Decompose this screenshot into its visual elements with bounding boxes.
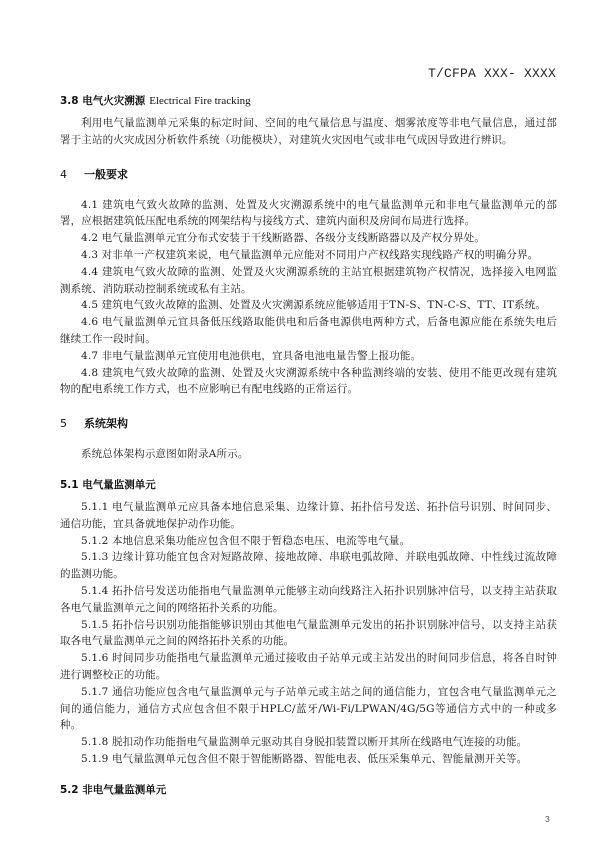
heading-title: 非电气量监测单元 (82, 784, 166, 796)
clause-5-1-2: 5.1.2 本地信息采集功能应包含但不限于暂稳态电压、电流等电气量。 (60, 533, 557, 550)
clause-4-1: 4.1 建筑电气致火故障的监测、处置及火灾溯源系统中的电气量监测单元和非电气量监… (60, 197, 557, 231)
clause-5-1-5: 5.1.5 拓扑信号识别功能指能够识别由其他电气量监测单元发出的拓扑识别脉冲信号… (60, 617, 557, 651)
heading-number: 4 (60, 167, 84, 183)
heading-title-en: Electrical Fire tracking (149, 95, 250, 107)
heading-title: 一般要求 (84, 168, 128, 181)
clause-5-1-8: 5.1.8 脱扣动作功能指电气量监测单元驱动其自身脱扣装置以断开其所在线路电气连… (60, 734, 557, 751)
document-page: T/CFPA XXX- XXXX 3.8 电气火灾溯源Electrical Fi… (0, 0, 614, 854)
document-code: T/CFPA XXX- XXXX (428, 66, 556, 81)
heading-number: 5.2 (60, 784, 79, 796)
clause-5-1-6: 5.1.6 时间同步功能指电气量监测单元通过接收由子站单元或主站发出的时间同步信… (60, 650, 557, 684)
heading-5: 5系统架构 (60, 416, 557, 432)
heading-number: 3.8 (60, 95, 79, 107)
clause-5-1-4: 5.1.4 拓扑信号发送功能指电气量监测单元能够主动向线路注入拓扑识别脉冲信号，… (60, 583, 557, 617)
clause-4-8: 4.8 建筑电气致火故障的监测、处置及火灾溯源系统中各种监测终端的安装、使用不能… (60, 365, 557, 399)
heading-number: 5.1 (60, 479, 79, 491)
heading-5-1: 5.1 电气量监测单元 (60, 477, 557, 493)
clause-5-1-9: 5.1.9 电气量监测单元包含但不限于智能断路器、智能电表、低压采集单元、智能量… (60, 751, 557, 768)
heading-5-2: 5.2 非电气量监测单元 (60, 782, 557, 798)
paragraph-3-8: 利用电气量监测单元采集的标定时间、空间的电气量信息与温度、烟雾浓度等非电气量信息… (60, 115, 557, 149)
heading-title: 系统架构 (84, 417, 128, 430)
clause-4-4: 4.4 建筑电气致火故障的监测、处置及火灾溯源系统的主站宜根据建筑物产权情况，选… (60, 264, 557, 298)
clause-5-1-7: 5.1.7 通信功能应包含电气量监测单元与子站单元或主站之间的通信能力，宜包含电… (60, 684, 557, 734)
page-content: 3.8 电气火灾溯源Electrical Fire tracking 利用电气量… (60, 93, 557, 798)
clause-5-1-1: 5.1.1 电气量监测单元应具备本地信息采集、边缘计算、拓扑信号发送、拓扑信号识… (60, 499, 557, 533)
clause-4-7: 4.7 非电气量监测单元宜使用电池供电，宜具备电池电量告警上报功能。 (60, 348, 557, 365)
heading-title-cn: 电气火灾溯源 (82, 95, 145, 107)
heading-4: 4一般要求 (60, 167, 557, 183)
clause-4-6: 4.6 电气量监测单元宜具备低压线路取能供电和后备电源供电两种方式，后备电源应能… (60, 314, 557, 348)
clause-4-2: 4.2 电气量监测单元宜分布式安装于干线断路器、各级分支线断路器以及产权分界处。 (60, 230, 557, 247)
page-number: 3 (545, 814, 550, 824)
clause-4-3: 4.3 对非单一产权建筑来说，电气量监测单元应能对不同用户产权线路实现线路产权的… (60, 247, 557, 264)
clause-5-1-3: 5.1.3 边缘计算功能宜包含对短路故障、接地故障、串联电弧故障、并联电弧故障、… (60, 549, 557, 583)
heading-3-8: 3.8 电气火灾溯源Electrical Fire tracking (60, 93, 557, 109)
heading-title: 电气量监测单元 (82, 479, 156, 491)
heading-number: 5 (60, 416, 84, 432)
clause-4-5: 4.5 建筑电气致火故障的监测、处置及火灾溯源系统应能够适用于TN-S、TN-C… (60, 297, 557, 314)
paragraph-5-intro: 系统总体架构示意图如附录A所示。 (60, 446, 557, 463)
